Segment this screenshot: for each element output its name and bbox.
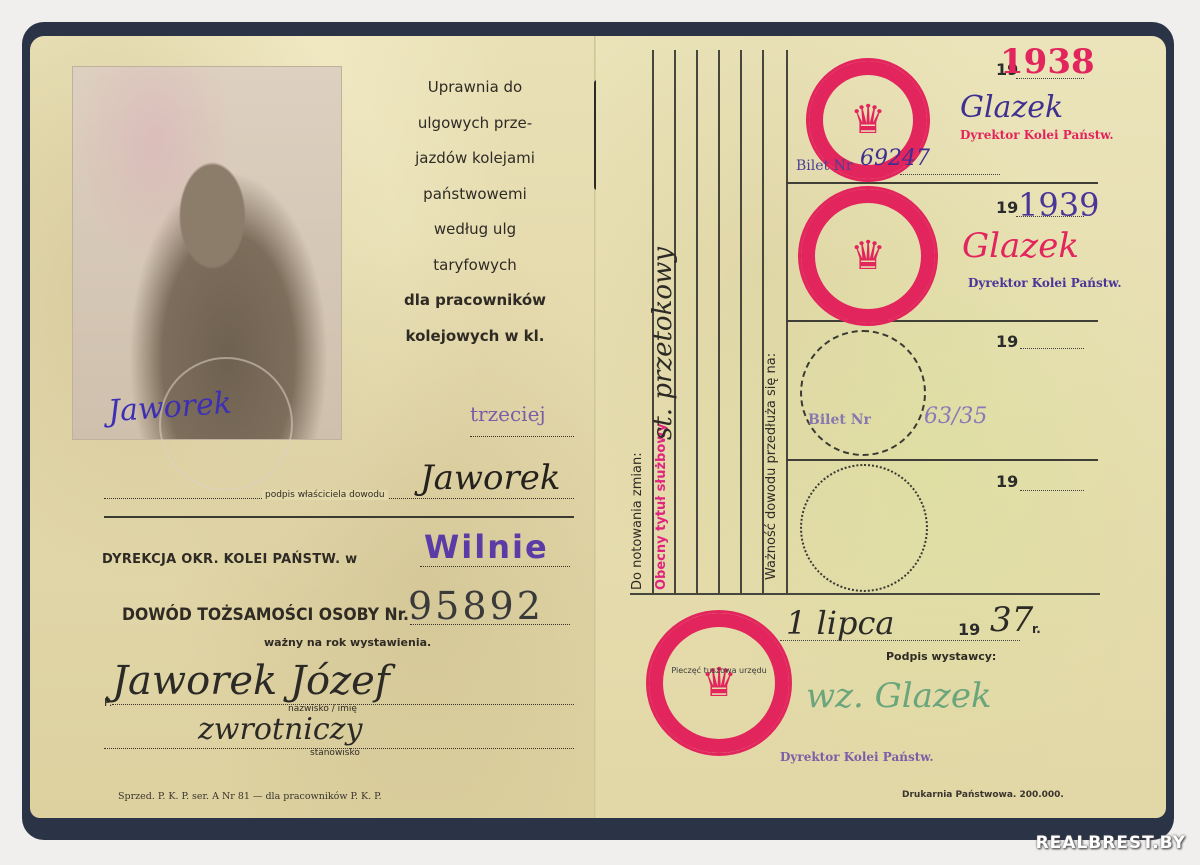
ticket-label: Bilet Nr — [808, 412, 871, 428]
site-watermark: REALBREST.BY — [1036, 833, 1186, 853]
issue-date: 1 lipca — [786, 604, 894, 642]
ticket-value: 69247 — [860, 146, 930, 171]
railway-stamp-1939: ♛ — [798, 186, 938, 326]
year-value: 1938 — [1000, 42, 1095, 82]
ticket-dotted-line — [900, 174, 1000, 175]
issuer-director-label: Dyrektor Kolei Państw. — [780, 750, 934, 764]
director-signature: Glazek — [960, 90, 1063, 125]
document-title: DOWÓD TOŻSAMOŚCI OSOBY Nr. — [122, 605, 409, 625]
position-label: stanowisko — [310, 748, 360, 758]
validity-extension-label: Ważność dowodu przedłuża się na: — [764, 353, 779, 580]
directorate-label: DYREKCJA OKR. KOLEI PAŃSTW. w — [102, 552, 357, 567]
left-footer: Sprzed. P. K. P. ser. A Nr 81 — dla prac… — [118, 791, 382, 802]
printer-footer: Drukarnia Państwowa. 200.000. — [902, 790, 1064, 800]
issuer-signature-label: Podpis wystawcy: — [886, 650, 996, 663]
year-prefix: 19 — [996, 332, 1018, 351]
number-dotted-line — [410, 624, 570, 625]
row-separator — [786, 320, 1098, 322]
ticket-label: Bilet Nr — [796, 158, 853, 174]
year-prefix: 19 — [996, 198, 1018, 217]
owner-signature: Jaworek — [420, 458, 560, 498]
row-separator — [786, 182, 1098, 184]
director-signature: Glazek — [962, 226, 1079, 266]
eagle-emblem-icon: ♛ — [850, 233, 886, 279]
current-title-stamp: Obecny tytuł służbowy — [654, 423, 669, 590]
issue-year-prefix: 19 — [958, 620, 980, 639]
privilege-line: państwowemi — [360, 177, 590, 213]
privilege-line: według ulg — [360, 212, 590, 248]
issue-year-r: r. — [1032, 622, 1041, 636]
city-dotted-line — [420, 566, 570, 567]
privilege-text: Uprawnia do ulgowych prze- jazdów koleja… — [360, 70, 590, 354]
owner-signature-label: podpis właściciela dowodu — [262, 490, 388, 500]
document-number: 95892 — [408, 584, 544, 628]
position-value: zwrotniczy — [198, 712, 362, 747]
column-line — [786, 50, 788, 595]
year-value: 1939 — [1018, 186, 1099, 224]
travel-class-value: trzeciej — [470, 402, 546, 426]
eagle-emblem-icon: ♛ — [850, 97, 886, 143]
privilege-line: Uprawnia do — [360, 70, 590, 106]
column-line — [740, 50, 742, 595]
separator-line — [104, 516, 574, 518]
table-bottom-line — [630, 593, 1100, 595]
stamp-placeholder-circle — [800, 464, 928, 592]
director-label: Dyrektor Kolei Państw. — [968, 276, 1122, 290]
current-title-value: st. przetokowy — [648, 247, 678, 440]
ticket-value: 63/35 — [924, 404, 987, 429]
column-line — [696, 50, 698, 595]
column-line — [718, 50, 720, 595]
privilege-line: taryfowych — [360, 248, 590, 284]
office-stamp: ♛ Pieczęć tuszowa urzędu — [646, 610, 792, 756]
issue-year-suffix: 37 — [990, 600, 1033, 640]
director-label: Dyrektor Kolei Państw. — [960, 128, 1114, 142]
privilege-line: jazdów kolejami — [360, 141, 590, 177]
issuer-signature: wz. Glazek — [806, 676, 992, 716]
name-value: Jaworek Józef — [112, 658, 390, 704]
year-dotted-line — [1020, 490, 1084, 491]
validity-note: ważny na rok wystawienia. — [264, 636, 431, 649]
stamp-placeholder-circle — [800, 330, 926, 456]
row-separator — [786, 459, 1098, 461]
office-stamp-label: Pieczęć tuszowa urzędu — [649, 665, 789, 677]
privilege-line-bold: dla pracowników — [360, 283, 590, 319]
privilege-line-bold: kolejowych w kl. — [360, 319, 590, 355]
privilege-line: ulgowych prze- — [360, 106, 590, 142]
changes-label: Do notowania zmian: — [630, 452, 645, 590]
portrait-photo — [72, 66, 342, 440]
class-dotted-line — [470, 436, 574, 437]
issue-date-dotted-line — [780, 640, 1020, 641]
directorate-city: Wilnie — [424, 528, 549, 566]
year-dotted-line — [1020, 348, 1084, 349]
year-prefix: 19 — [996, 472, 1018, 491]
